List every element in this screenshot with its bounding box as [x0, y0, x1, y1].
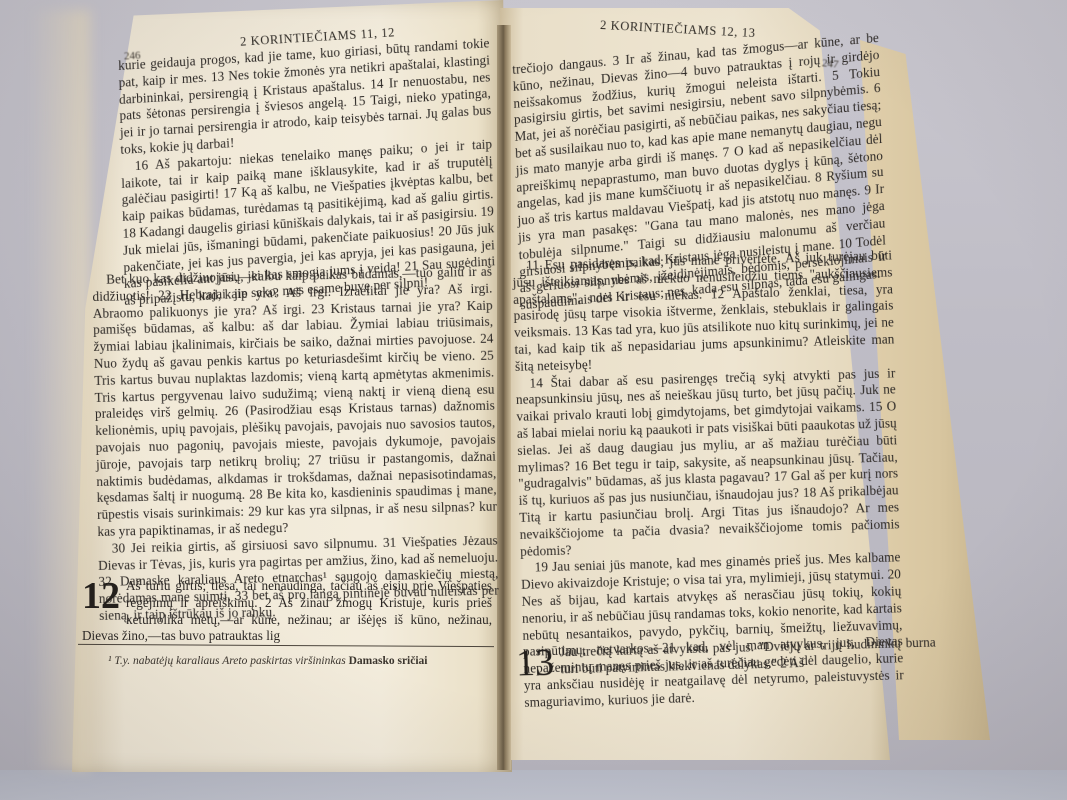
left-page-curl-shadow — [30, 10, 90, 770]
verses-12-19-21: 19 Jau seniai jūs manote, kad mes ginamė… — [520, 550, 904, 712]
verses-11-21-29: Bet kuo kas didžiuojasi,—kalbu kaip paik… — [92, 264, 498, 541]
table-surface — [0, 770, 1067, 800]
book-photo: 246 2 KORINTIEČIAMS 11, 12 kurie geidauj… — [0, 0, 1067, 800]
chapter-number-12: 12 — [82, 579, 120, 613]
left-page-text-lower: Bet kuo kas didžiuojasi,—kalbu kaip paik… — [92, 264, 499, 625]
chapter-12-text: Aš turiu girtis; tiesa, tai nenaudinga, … — [82, 578, 492, 643]
footnote: ¹ T.y. nabatėjų karaliaus Areto paskirta… — [108, 655, 428, 667]
chapter-number-13: 13 — [516, 646, 555, 681]
verses-12-11-13: 11 Esu pasidaręs paikas; jūs mane priver… — [512, 247, 895, 375]
verses-12-14-18: 14 Štai dabar aš esu pasirengęs trečią s… — [515, 365, 900, 560]
book-gutter — [497, 25, 511, 770]
footnote-marker: ¹ — [108, 655, 111, 667]
footnote-bold-tail: Damasko sričiai — [349, 655, 428, 667]
chapter-12-opening: 12 Aš turiu girtis; tiesa, tai nenauding… — [82, 578, 492, 645]
footnote-text: T.y. nabatėjų karaliaus Areto paskirtas … — [114, 655, 345, 667]
